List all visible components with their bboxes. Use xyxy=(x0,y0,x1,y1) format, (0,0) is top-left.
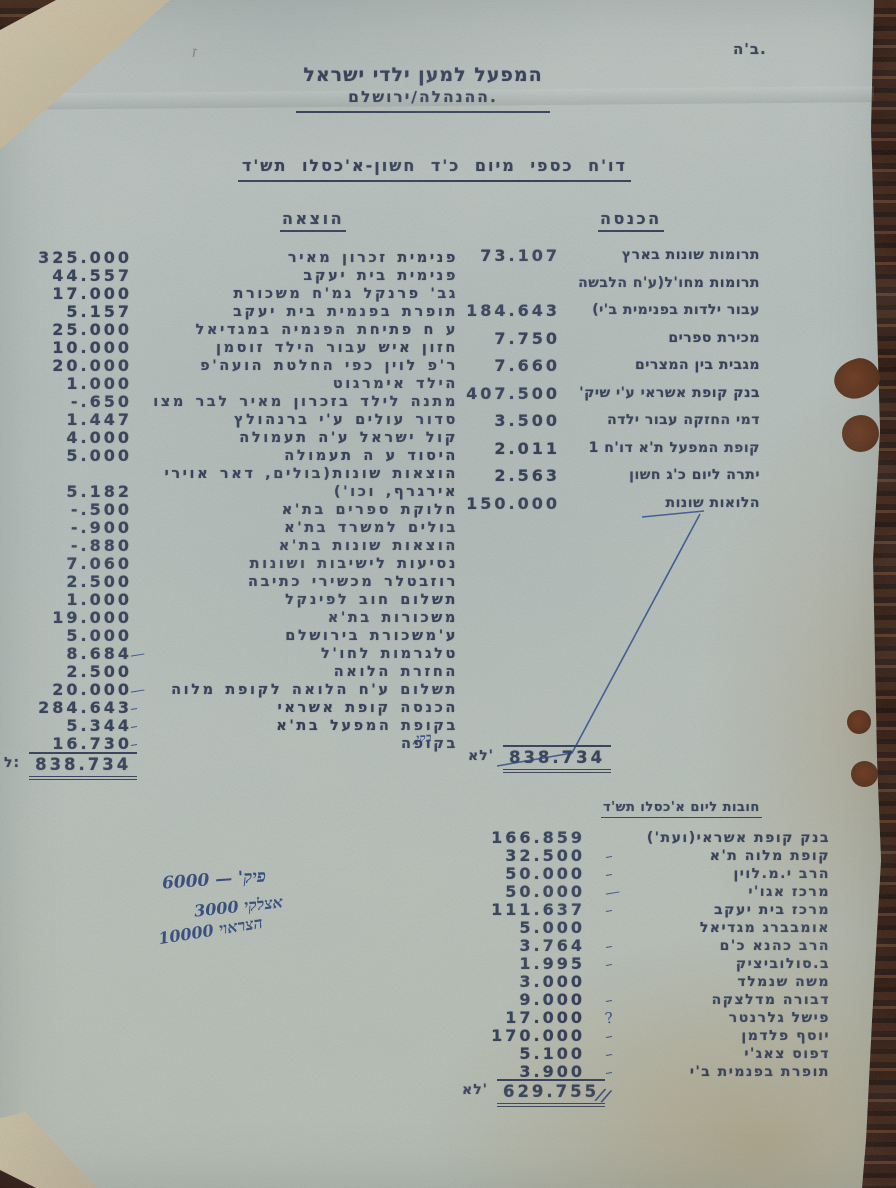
entry-amount: 7.750 xyxy=(445,325,560,353)
ledger-row: דמי החזקה עבור ילדה3.500 xyxy=(445,407,760,435)
entry-amount: 5.100 xyxy=(470,1045,585,1063)
bh-corner-note: ב'ה. xyxy=(733,40,767,58)
entry-label: הוצאות שונות בת'א xyxy=(146,537,458,555)
ledger-row: הרב כהנא כ'ם3.764– xyxy=(455,937,830,955)
ledger-row: משכורות בת'א19.000 xyxy=(18,609,458,627)
debts-table: בנק קופת אשראי(ועת')166.859קופת מלוה ת'א… xyxy=(455,829,830,1081)
pen-mark: – xyxy=(129,699,139,718)
entry-amount: 325.000 xyxy=(32,249,132,267)
entry-label: משה שנמלד xyxy=(585,973,830,991)
entry-label: הכנסה קופת אשראי xyxy=(146,699,458,717)
ledger-row: אירגרף, וכו')5.182 xyxy=(18,483,458,501)
entry-amount: 3.500 xyxy=(445,407,560,435)
entry-amount: 1.447 xyxy=(32,411,132,429)
entry-amount: 32.500 xyxy=(470,847,585,865)
entry-amount: 111.637 xyxy=(470,901,585,919)
ledger-row: משה שנמלד3.000 xyxy=(455,973,830,991)
entry-label: בנק קופת אשראי ע'י שיק' xyxy=(560,380,760,408)
entry-amount: 19.000 xyxy=(32,609,132,627)
entry-label: מרכז אגו'י xyxy=(585,883,830,901)
entry-label: הוצאות שונות(בולים, דאר אוירי xyxy=(146,465,458,483)
debts-total: לא' 629.755 xyxy=(462,1079,605,1107)
entry-amount: -.900 xyxy=(32,519,132,537)
entry-label: חלוקת ספרים בת'א xyxy=(146,501,458,519)
handwritten-total-note: בקי, xyxy=(411,730,432,747)
debts-total-currency-label: לא' xyxy=(462,1079,488,1098)
entry-label: נסיעות לישיבות ושונות xyxy=(146,555,458,573)
ledger-row: מגבית בין המצרים7.660 xyxy=(445,352,760,380)
organization-dept: ההנהלה/ירושלם. xyxy=(296,88,550,113)
ledger-row: קופת מלוה ת'א32.500– xyxy=(455,847,830,865)
entry-amount: 2.500 xyxy=(32,573,132,591)
entry-amount: 407.500 xyxy=(445,380,560,408)
entry-label: חזון איש עבור הילד זוסמן xyxy=(146,339,458,357)
entry-label: בנק קופת אשראי(ועת') xyxy=(585,829,830,847)
entry-label: הרב כהנא כ'ם xyxy=(585,937,830,955)
entry-label: דבורה מדלצקה xyxy=(585,991,830,1009)
organization-name: המפעל למען ילדי ישראל xyxy=(296,64,550,86)
debts-section-header: חובות ליום א'כסלו תש'ד xyxy=(601,800,762,818)
entry-amount: 184.643 xyxy=(445,297,560,325)
entry-amount: 8.684 xyxy=(32,645,132,663)
ledger-row: תשלום חוב לפינקל1.000 xyxy=(18,591,458,609)
ledger-row: עבור ילדות בפנימית ב'י)184.643 xyxy=(445,297,760,325)
entry-amount: 16.730 xyxy=(32,735,132,753)
entry-label: היסוד ע ה תעמולה xyxy=(146,447,458,465)
entry-amount: 5.000 xyxy=(470,919,585,937)
ledger-row: אומבברג מגדיאל5.000 xyxy=(455,919,830,937)
ledger-row: ר'פ לוין כפי החלטת הועה'פ20.000 xyxy=(18,357,458,375)
entry-label: קול ישראל ע'ה תעמולה xyxy=(146,429,458,447)
ledger-row: בולים למשרד בת'א-.900 xyxy=(18,519,458,537)
entry-label: משכורות בת'א xyxy=(146,609,458,627)
entry-label: גב' פרנקל גמ'ח משכורת xyxy=(146,285,458,303)
ledger-row: חלוקת ספרים בת'א-.500 xyxy=(18,501,458,519)
income-table: תרומות שונות בארץ73.107תרומות מחו'ל(ע'ח … xyxy=(445,242,760,517)
entry-label: תרומות שונות בארץ xyxy=(560,242,760,270)
entry-label: החזרת הלואה xyxy=(146,663,458,681)
entry-amount: 10.000 xyxy=(32,339,132,357)
entry-label: ר'פ לוין כפי החלטת הועה'פ xyxy=(146,357,458,375)
entry-label: יוסף פלדמן xyxy=(585,1027,830,1045)
entry-amount: 2.563 xyxy=(445,462,560,490)
ledger-row: חזון איש עבור הילד זוסמן10.000 xyxy=(18,339,458,357)
ledger-row: הוצאות שונות(בולים, דאר אוירי xyxy=(18,465,458,483)
expenses-total: ל: 838.734 xyxy=(4,752,137,780)
ledger-row: פנימית זכרון מאיר325.000 xyxy=(18,249,458,267)
punch-hole xyxy=(851,761,878,787)
entry-amount: 44.557 xyxy=(32,267,132,285)
entry-label: מרכז בית יעקב xyxy=(585,901,830,919)
ledger-row: החזרת הלואה2.500 xyxy=(18,663,458,681)
income-column-header: הכנסה xyxy=(598,209,664,232)
ledger-row: ב.סולוביציק1.995– xyxy=(455,955,830,973)
ledger-row: תופרת בפנמית בית יעקב5.157 xyxy=(18,303,458,321)
entry-label: הילד אימרגוט xyxy=(146,375,458,393)
ledger-row: נסיעות לישיבות ושונות7.060 xyxy=(18,555,458,573)
ledger-row: דפוס צאג'י5.100– xyxy=(455,1045,830,1063)
entry-amount: 17.000 xyxy=(470,1009,585,1027)
entry-amount: 3.000 xyxy=(470,973,585,991)
punch-hole xyxy=(842,415,879,452)
entry-amount: 166.859 xyxy=(470,829,585,847)
entry-amount: 2.011 xyxy=(445,435,560,463)
entry-label: תשלום ע'ח הלואה לקופת מלוה xyxy=(146,681,458,699)
entry-amount: 284.643 xyxy=(32,699,132,717)
ledger-row: תשלום ע'ח הלואה לקופת מלוה20.000— xyxy=(18,681,458,699)
entry-label: אומבברג מגדיאל xyxy=(585,919,830,937)
ledger-row: ע'משכורת בירושלם5.000 xyxy=(18,627,458,645)
entry-amount: 73.107 xyxy=(445,242,560,270)
entry-label: אירגרף, וכו') xyxy=(146,483,458,501)
income-total-currency-label: לא' xyxy=(468,745,494,764)
entry-amount: 9.000 xyxy=(470,991,585,1009)
entry-label: תופרת בפנמית ב'י xyxy=(585,1063,830,1081)
ledger-row: הרב י.מ.לוין50.000– xyxy=(455,865,830,883)
entry-label: טלגרמות לחו'ל xyxy=(146,645,458,663)
debts-total-amount: 629.755 xyxy=(497,1079,605,1107)
entry-label: פישל גלרנטר xyxy=(585,1009,830,1027)
entry-amount: 3.764 xyxy=(470,937,585,955)
entry-amount: 1.000 xyxy=(32,375,132,393)
entry-label: הלואות שונות xyxy=(560,490,760,518)
entry-amount: 50.000 xyxy=(470,883,585,901)
income-total-amount: 838.734 xyxy=(503,745,611,773)
ledger-row: קופת המפעל ת'א דו'ח 12.011 xyxy=(445,435,760,463)
entry-amount: 5.000 xyxy=(32,627,132,645)
ledger-row: יוסף פלדמן170.000– xyxy=(455,1027,830,1045)
entry-amount: 150.000 xyxy=(445,490,560,518)
expenses-table: פנימית זכרון מאיר325.000פנימית בית יעקב4… xyxy=(18,249,458,753)
entry-label: פנימית בית יעקב xyxy=(146,267,458,285)
ledger-row: בקופה16.730– xyxy=(18,735,458,753)
entry-amount: 20.000 xyxy=(32,681,132,699)
ledger-row: תרומות שונות בארץ73.107 xyxy=(445,242,760,270)
punch-hole xyxy=(847,710,871,734)
ledger-row: דבורה מדלצקה9.000– xyxy=(455,991,830,1009)
entry-amount: 7.060 xyxy=(32,555,132,573)
ledger-row: רוזבטלר מכשירי כתיבה2.500 xyxy=(18,573,458,591)
pen-mark: — xyxy=(604,882,622,902)
entry-amount: 50.000 xyxy=(470,865,585,883)
expenses-total-amount: 838.734 xyxy=(29,752,137,780)
ledger-row: מרכז בית יעקב111.637– xyxy=(455,901,830,919)
entry-label: ב.סולוביציק xyxy=(585,955,830,973)
entry-amount: 20.000 xyxy=(32,357,132,375)
entry-label: דמי החזקה עבור ילדה xyxy=(560,407,760,435)
pen-mark: – xyxy=(129,735,139,754)
ledger-row: בנק קופת אשראי ע'י שיק'407.500 xyxy=(445,380,760,408)
ledger-row: היסוד ע ה תעמולה5.000 xyxy=(18,447,458,465)
entry-amount: 5.344 xyxy=(32,717,132,735)
entry-label: מתנה לילד בזכרון מאיר לבר מצו xyxy=(146,393,458,411)
entry-amount: 7.660 xyxy=(445,352,560,380)
entry-label: תרומות מחו'ל(ע'ח הלבשה xyxy=(560,270,760,298)
ledger-row: טלגרמות לחו'ל8.684— xyxy=(18,645,458,663)
entry-label: ע'משכורת בירושלם xyxy=(146,627,458,645)
entry-amount: 1.000 xyxy=(32,591,132,609)
entry-amount: 5.157 xyxy=(32,303,132,321)
entry-label: קופת מלוה ת'א xyxy=(585,847,830,865)
pen-mark: – xyxy=(129,717,139,736)
entry-amount xyxy=(32,465,132,483)
ledger-row: ע ח פתיחת הפנמיה במגדיאל25.000 xyxy=(18,321,458,339)
entry-label: רוזבטלר מכשירי כתיבה xyxy=(146,573,458,591)
ledger-row: הילד אימרגוט1.000 xyxy=(18,375,458,393)
entry-amount: -.880 xyxy=(32,537,132,555)
ledger-row: הלואות שונות150.000 xyxy=(445,490,760,518)
ledger-row: מתנה לילד בזכרון מאיר לבר מצו-.650 xyxy=(18,393,458,411)
entry-label: פנימית זכרון מאיר xyxy=(146,249,458,267)
ledger-row: יתרה ליום כ'ג חשון2.563 xyxy=(445,462,760,490)
entry-label: קופת המפעל ת'א דו'ח 1 xyxy=(560,435,760,463)
entry-label: עבור ילדות בפנימית ב'י) xyxy=(560,297,760,325)
expenses-total-currency-label: ל: xyxy=(4,752,20,771)
entry-amount: 5.000 xyxy=(32,447,132,465)
entry-amount xyxy=(445,270,560,298)
entry-amount: 2.500 xyxy=(32,663,132,681)
entry-label: דפוס צאג'י xyxy=(585,1045,830,1063)
ledger-row: מרכז אגו'י50.000— xyxy=(455,883,830,901)
ledger-row: קול ישראל ע'ה תעמולה4.000 xyxy=(18,429,458,447)
entry-amount: 4.000 xyxy=(32,429,132,447)
entry-amount: 17.000 xyxy=(32,285,132,303)
entry-amount: -.500 xyxy=(32,501,132,519)
expenses-column-header: הוצאה xyxy=(280,209,346,232)
entry-label: הרב י.מ.לוין xyxy=(585,865,830,883)
entry-label: מכירת ספרים xyxy=(560,325,760,353)
ledger-row: גב' פרנקל גמ'ח משכורת17.000 xyxy=(18,285,458,303)
entry-label: יתרה ליום כ'ג חשון xyxy=(560,462,760,490)
entry-label: תשלום חוב לפינקל xyxy=(146,591,458,609)
report-title: דו'ח כספי מיום כ'ד חשון-א'כסלו תש'ד xyxy=(238,156,631,182)
ledger-row: הוצאות שונות בת'א-.880 xyxy=(18,537,458,555)
ledger-row: בנק קופת אשראי(ועת')166.859 xyxy=(455,829,830,847)
ledger-row: סדור עולים ע'י ברנהולץ1.447 xyxy=(18,411,458,429)
entry-amount: 170.000 xyxy=(470,1027,585,1045)
ledger-row: בקופת המפעל בת'א5.344– xyxy=(18,717,458,735)
ledger-row: מכירת ספרים7.750 xyxy=(445,325,760,353)
scanned-document-photo: { "colors":{"ink":"#2d3852","pen":"#1d3a… xyxy=(0,0,896,1188)
ledger-row: הכנסה קופת אשראי284.643– xyxy=(18,699,458,717)
letterhead: המפעל למען ילדי ישראל ההנהלה/ירושלם. xyxy=(296,64,550,113)
entry-amount: 1.995 xyxy=(470,955,585,973)
income-total: לא' 838.734 xyxy=(468,745,611,773)
entry-label: ע ח פתיחת הפנמיה במגדיאל xyxy=(146,321,458,339)
ledger-row: פנימית בית יעקב44.557 xyxy=(18,267,458,285)
entry-label: תופרת בפנמית בית יעקב xyxy=(146,303,458,321)
ledger-row: פישל גלרנטר17.000? xyxy=(455,1009,830,1027)
entry-amount: 5.182 xyxy=(32,483,132,501)
ledger-row: תרומות מחו'ל(ע'ח הלבשה xyxy=(445,270,760,298)
entry-amount: 25.000 xyxy=(32,321,132,339)
entry-label: בולים למשרד בת'א xyxy=(146,519,458,537)
entry-amount: -.650 xyxy=(32,393,132,411)
entry-label: סדור עולים ע'י ברנהולץ xyxy=(146,411,458,429)
entry-label: מגבית בין המצרים xyxy=(560,352,760,380)
